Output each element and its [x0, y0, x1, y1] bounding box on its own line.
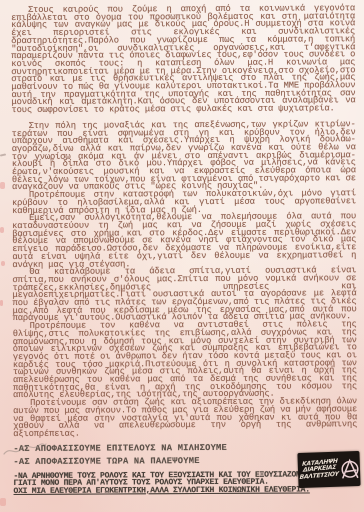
- paragraph-5: Θα καταλάβουμε τα άδεια σπίτια,γιατί ουσ…: [12, 267, 356, 323]
- leaflet-page: Στους καιρούς που ζούμε η αποχή από τα κ…: [0, 0, 364, 512]
- paragraph-7: Προτείνουμε σαν στάση ζωής και αξιοπρέπε…: [13, 398, 357, 438]
- squat-stamp: ΚΑΤΑΛΗΨΗ ΔΙΑΡΚΕΙΑΣ ΒΑΛΤΕΤΣΙΟΥ: [297, 451, 360, 488]
- margin-mark: [0, 153, 6, 156]
- paragraph-6: Προτρέπουμε τον καθένα να αντισταθεί στι…: [13, 321, 357, 400]
- pencil-scribble: [2, 438, 48, 460]
- stamp-text: ΚΑΤΑΛΗΨΗ ΔΙΑΡΚΕΙΑΣ ΒΑΛΤΕΤΣΙΟΥ: [297, 459, 339, 481]
- paragraph-1: Στους καιρούς που ζούμε η αποχή από τα κ…: [11, 5, 356, 115]
- bleed-through-mark: [0, 182, 5, 189]
- leaflet-text: Στους καιρούς που ζούμε η αποχή από τα κ…: [11, 5, 358, 495]
- bleed-through-mark: [0, 498, 6, 506]
- bleed-through-mark: [0, 300, 3, 306]
- paragraph-4: Εμείς,σαν συλλογικότητα,θέλουμε να πολεμ…: [12, 213, 356, 269]
- bleed-through-mark: [1, 261, 5, 266]
- anarchy-circle-a-icon: [338, 456, 361, 481]
- paragraph-2: Στην πόλη της μοναξιάς και της απεξένωση…: [12, 121, 356, 192]
- stamp-line-3: ΒΑΛΤΕΤΣΙΟΥ: [299, 471, 338, 481]
- bleed-through-mark: [0, 227, 4, 233]
